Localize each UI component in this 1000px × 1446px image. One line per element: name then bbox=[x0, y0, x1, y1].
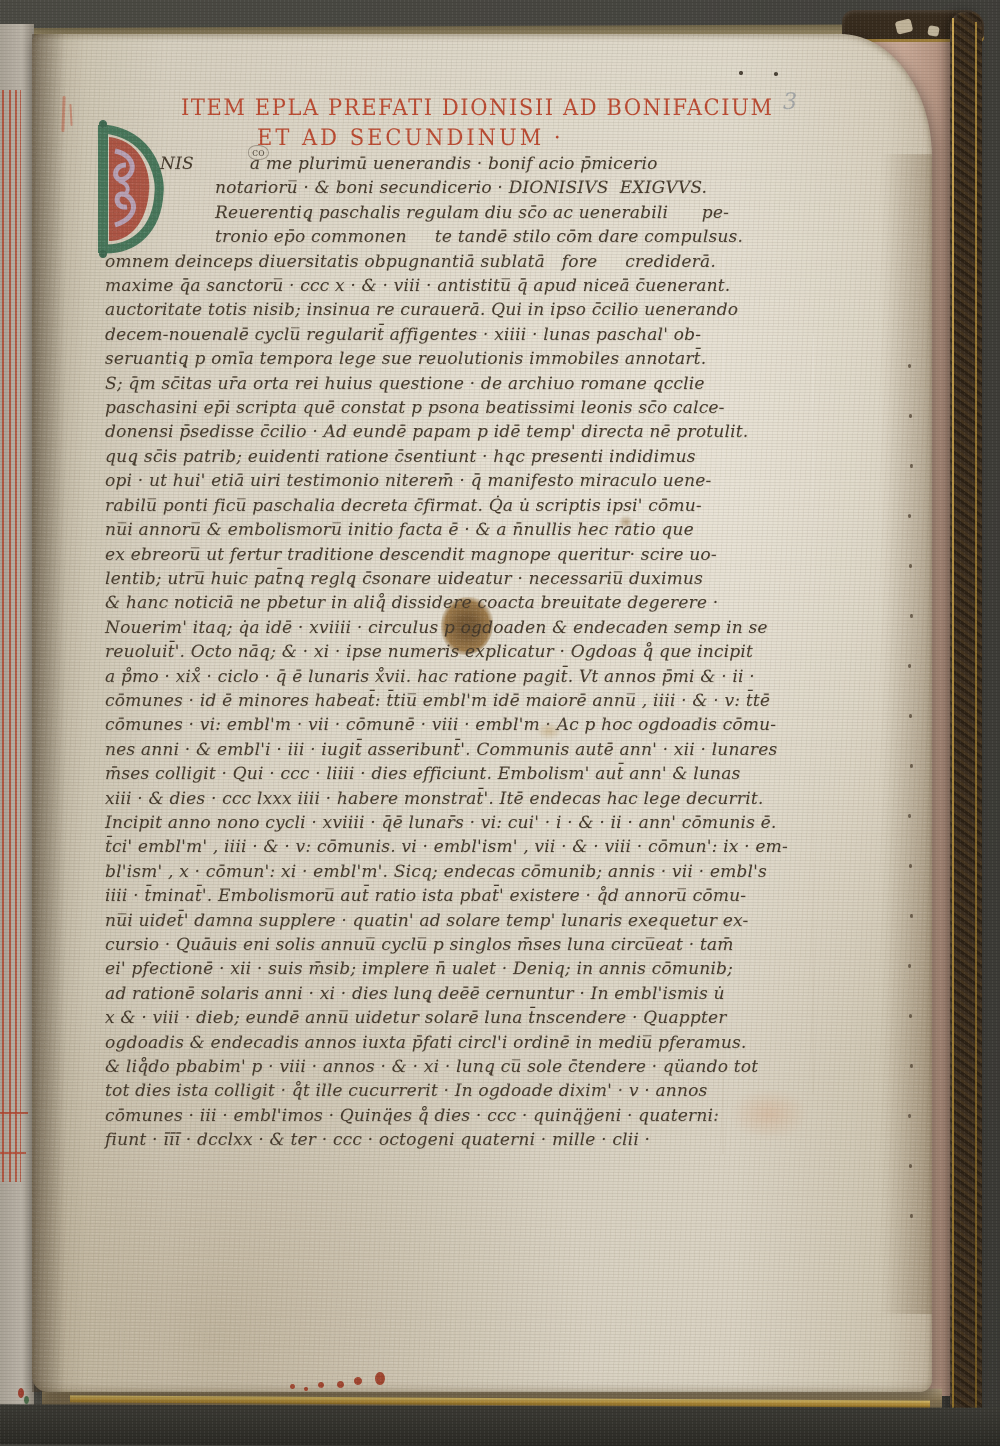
text-line: nu̅i uidet̄' damna supplere · quatin' ad… bbox=[105, 909, 773, 933]
text-line: tronio ep̄o commonen te tandē stilo cōm … bbox=[215, 225, 773, 249]
text-line: Incipit anno nono cycli · xviiii · q̄ē l… bbox=[105, 811, 773, 835]
endband-fray bbox=[927, 25, 940, 37]
text-line: tot dies ista colligit · q̊t ille cucurr… bbox=[105, 1079, 773, 1103]
prick-hole bbox=[910, 764, 913, 768]
text-line: Nouerim' itaq; q̇a idē · xviiii · circul… bbox=[105, 616, 773, 640]
text-line: nu̅i annoru̅ & embolismoru̅ initio facta… bbox=[105, 518, 773, 542]
text-line: bl'ism' , x · cōmun': xi · embl'm'. Sicq… bbox=[105, 860, 773, 884]
text-line: paschasini ep̄i scripta quē constat p ps… bbox=[105, 396, 773, 420]
text-line: quq̨ sc̄is patrib; euidenti ratione c̄se… bbox=[105, 445, 773, 469]
worm-hole bbox=[774, 72, 778, 76]
gold-fillet-line bbox=[952, 18, 954, 1414]
table-surface bbox=[0, 1404, 1000, 1446]
worm-hole bbox=[739, 71, 743, 75]
rubric-title-line2: ET AD SECUNDINUM · bbox=[257, 125, 773, 150]
text-line: cōmunes · vi: embl'm · vii · cōmunē · vi… bbox=[105, 713, 773, 737]
folio-number: 3 bbox=[783, 90, 797, 115]
text-line: nes anni · & embl'i · iii · iugit̄ asser… bbox=[105, 738, 773, 762]
text-line: maxime q̄a sanctoru̅ · ccc x · & · viii … bbox=[105, 274, 773, 298]
gutter-shadow bbox=[32, 34, 66, 1392]
prick-hole bbox=[909, 1164, 912, 1168]
prick-hole bbox=[908, 664, 911, 668]
ruling-line-red bbox=[0, 1152, 26, 1154]
text-line: S; q̄m sc̄itas ur̄a orta rei huius quest… bbox=[105, 372, 773, 396]
facing-page-edge bbox=[0, 24, 34, 1422]
prick-hole bbox=[908, 814, 911, 818]
prick-hole bbox=[909, 714, 912, 718]
prick-hole bbox=[910, 1214, 913, 1218]
ruling-line-red bbox=[9, 90, 11, 1182]
photo-backdrop: 3 ITEM EPLA PREFATI DIONISI bbox=[0, 0, 1000, 1446]
text-line: a p̊mo · xix̊ · ciclo · q̄ ē lunaris x̊v… bbox=[105, 665, 773, 689]
text-line: NIS a me plurimū uenerandis · bonif acio… bbox=[160, 152, 773, 176]
text-line: xiii · & dies · ccc lxxx iiii · habere m… bbox=[105, 787, 773, 811]
text-block: ITEM EPLA PREFATI DIONISII AD BONIFACIUM… bbox=[105, 95, 773, 1195]
ruling-line-red bbox=[0, 1112, 28, 1114]
prick-hole bbox=[910, 614, 913, 618]
red-wax-drop bbox=[337, 1381, 344, 1388]
text-line: iiii · t̄minat̄'. Embolismoru̅ aut̄ rati… bbox=[105, 884, 773, 908]
prick-hole bbox=[910, 914, 913, 918]
sewing-thread-red bbox=[18, 1388, 24, 1398]
prick-hole bbox=[909, 414, 912, 418]
prick-hole bbox=[909, 1014, 912, 1018]
text-line: ex ebreoru̅ ut fertur traditione descend… bbox=[105, 543, 773, 567]
text-line: x & · viii · dieb; eundē annu̅ uidetur s… bbox=[105, 1006, 773, 1030]
parchment-crease bbox=[812, 334, 814, 1094]
text-line: decem-nouenalē cyclu̅ regularit̄ affigen… bbox=[105, 323, 773, 347]
text-line: cursio · Quāuis eni solis annuu̅ cyclu̅ … bbox=[105, 933, 773, 957]
red-wax-drop bbox=[354, 1377, 362, 1385]
text-line: lentib; utru̅ huic pat̄nq̨ reglq̨ c̄sona… bbox=[105, 567, 773, 591]
text-line: rabilu̅ ponti ficu̅ paschalia decreta c̄… bbox=[105, 494, 773, 518]
text-line: & liq̊do pbabim' p · viii · annos · & · … bbox=[105, 1055, 773, 1079]
prick-hole bbox=[908, 964, 911, 968]
text-line: auctoritate totis nisib; insinua re cura… bbox=[105, 298, 773, 322]
text-line: reuoluit̄'. Octo nāq; & · xi · ipse nume… bbox=[105, 640, 773, 664]
prick-hole bbox=[908, 1114, 911, 1118]
prick-hole bbox=[910, 464, 913, 468]
text-line: cōmunes · iii · embl'imos · Quinq̈es q̊ … bbox=[105, 1104, 773, 1128]
text-line: donensi p̄sedisse c̄cilio · Ad eundē pap… bbox=[105, 420, 773, 444]
text-line: notarioru̅ · & boni secundicerio · DIONI… bbox=[215, 176, 773, 200]
page-curl-shading bbox=[880, 154, 932, 1314]
text-line: ei' pfectionē · xii · suis m̄sib; impler… bbox=[105, 957, 773, 981]
text-line: fiunt · ı̄ı̄ı̄ · dcclxx · & ter · ccc · … bbox=[105, 1128, 773, 1152]
ruling-line-red bbox=[15, 90, 17, 1182]
ruling-line-red bbox=[20, 90, 21, 1182]
text-line: cōmunes · id ē minores habeat̄: t̄tiu̅ e… bbox=[105, 689, 773, 713]
prick-hole bbox=[908, 514, 911, 518]
text-line: m̄ses colligit · Qui · ccc · liiii · die… bbox=[105, 762, 773, 786]
prick-hole bbox=[909, 564, 912, 568]
text-line: opi · ut hui' etiā uiri testimonio niter… bbox=[105, 469, 773, 493]
text-line: omnem deinceps diuersitatis obpugnantiā … bbox=[105, 250, 773, 274]
red-wax-drop bbox=[375, 1372, 385, 1385]
text-block-lines: NIS a me plurimū uenerandis · bonif acio… bbox=[105, 152, 773, 1153]
manuscript-page: 3 ITEM EPLA PREFATI DIONISI bbox=[32, 34, 932, 1392]
leather-cover-side bbox=[950, 12, 982, 1422]
ruling-line-red bbox=[2, 90, 4, 1182]
red-wax-drop bbox=[304, 1387, 308, 1391]
prick-hole bbox=[910, 1064, 913, 1068]
text-line: ad rationē solaris anni · xi · dies lunq… bbox=[105, 982, 773, 1006]
red-wax-drop bbox=[290, 1384, 295, 1389]
rubric-title-line1: ITEM EPLA PREFATI DIONISII AD BONIFACIUM bbox=[181, 95, 773, 120]
red-wax-drop bbox=[318, 1382, 324, 1388]
sewing-thread-green bbox=[24, 1396, 29, 1404]
prick-hole bbox=[909, 864, 912, 868]
text-line: t̄ci' embl'm' , iiii · & · v: cōmunis. v… bbox=[105, 835, 773, 859]
red-ink-offset bbox=[69, 104, 72, 126]
prick-hole bbox=[908, 364, 911, 368]
text-line: Reuerentiq̨ paschalis regulam diu sc̄o a… bbox=[215, 201, 773, 225]
gold-fillet-line bbox=[975, 22, 977, 1412]
text-line: ogdoadis & endecadis annos iuxta p̄fati … bbox=[105, 1031, 773, 1055]
text-line: & hanc noticiā ne pbetur in aliq̊ dissid… bbox=[105, 591, 773, 615]
text-line: seruantiq̨ p omīa tempora lege sue reuol… bbox=[105, 347, 773, 371]
